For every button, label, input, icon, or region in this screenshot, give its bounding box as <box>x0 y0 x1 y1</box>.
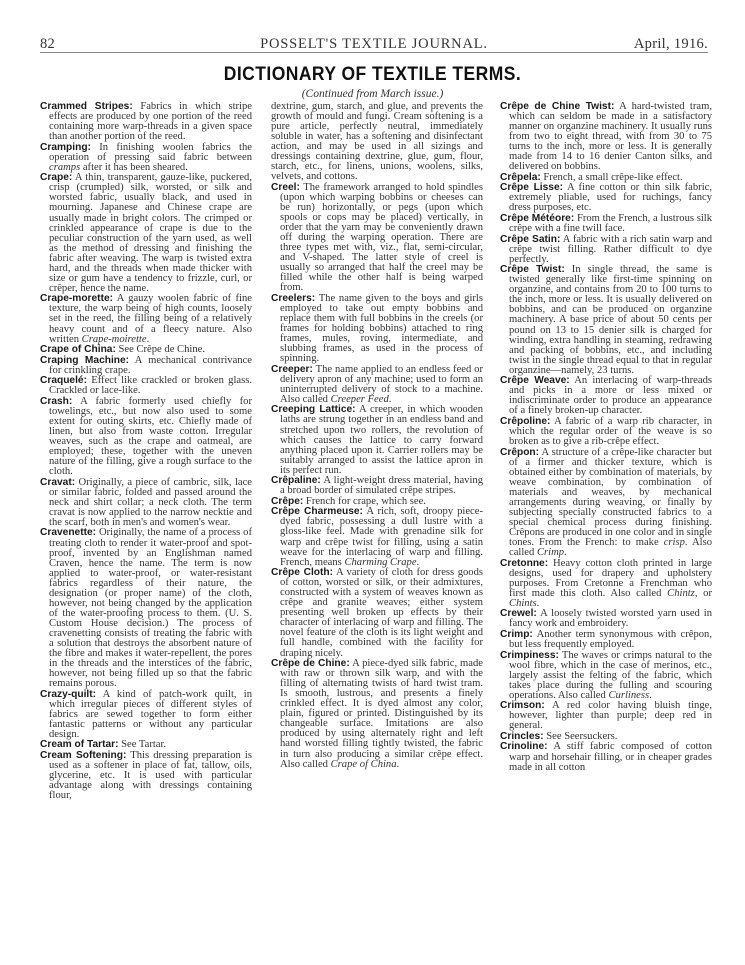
entry-term: Crincles: <box>500 731 544 742</box>
dictionary-entry: Cravenette: Originally, the name of a pr… <box>40 528 252 689</box>
entry-definition: A structure of a crêpe-like character bu… <box>509 447 712 548</box>
entry-definition: dextrine, gum, starch, and glue, and pre… <box>271 101 483 182</box>
dictionary-entry: Creel: The framework arranged to hold sp… <box>271 183 483 294</box>
entry-definition: Another term synonymous with crêpon, but… <box>509 629 712 650</box>
entry-definition: A loosely twisted worsted yarn used in f… <box>509 608 712 629</box>
dictionary-entry: Crape of China: See Crêpe de Chine. <box>40 345 252 355</box>
entry-italic-term: Crape of China <box>331 759 397 770</box>
dictionary-entry: Cramping: In finishing woolen fabrics th… <box>40 143 252 173</box>
journal-name: POSSELT'S TEXTILE JOURNAL. <box>40 36 708 53</box>
entry-italic-term: Creeper Feed <box>331 394 389 405</box>
dictionary-entry: Craping Machine: A mechanical contrivanc… <box>40 356 252 376</box>
dictionary-entry: Crêpe Twist: In single thread, the same … <box>500 265 712 376</box>
entry-italic-term: Charming Crape <box>344 557 416 568</box>
dictionary-entry: Cream Softening: This dressing preparati… <box>40 751 252 801</box>
dictionary-entry: Crêpe Lisse: A fine cotton or thin silk … <box>500 183 712 213</box>
dictionary-entry: Crêpe Weave: An interlacing of warp-thre… <box>500 376 712 416</box>
entry-definition: French for crape, which see. <box>303 496 426 507</box>
entry-definition: after it has been sheared. <box>80 162 188 173</box>
dictionary-entry: Cretonne: Heavy cotton cloth printed in … <box>500 559 712 609</box>
entry-definition: A piece-dyed silk fabric, made with raw … <box>280 658 483 769</box>
issue-date: April, 1916. <box>634 36 708 53</box>
dictionary-entry: Crêpe Satin: A fabric with a rich satin … <box>500 235 712 265</box>
article-subtitle: (Continued from March issue.) <box>0 88 745 100</box>
entry-italic-term: Chintz <box>667 588 695 599</box>
entry-italic-term: Crimp <box>537 547 564 558</box>
column-2: dextrine, gum, starch, and glue, and pre… <box>271 102 483 770</box>
entry-definition: Originally, a piece of cambric, silk, la… <box>49 477 252 528</box>
dictionary-entry: Crêpoline: A fabric of a warp rib charac… <box>500 417 712 447</box>
entry-definition: , or <box>695 588 712 599</box>
dictionary-entry: Crêpon: A structure of a crêpe-like char… <box>500 448 712 559</box>
entry-term: Crape of China: <box>40 344 116 355</box>
dictionary-entry: Craquelé: Effect like crackled or broken… <box>40 376 252 396</box>
entry-italic-term: Crape-moirette <box>82 334 147 345</box>
entry-definition: The framework arranged to hold spindles … <box>280 182 483 293</box>
dictionary-entry: Crimp: Another term synonymous with crêp… <box>500 630 712 650</box>
dictionary-entry: Crêpe de Chine Twist: A hard-twisted tra… <box>500 102 712 172</box>
entry-definition: . <box>389 394 392 405</box>
entry-definition: . <box>397 759 400 770</box>
entry-definition: . <box>564 547 567 558</box>
dictionary-entry: Crash: A fabric formerly used chiefly fo… <box>40 397 252 477</box>
entry-definition: French, a small crêpe-like effect. <box>541 172 683 183</box>
dictionary-entry: Crêpe Charmeuse: A rich, soft, droopy pi… <box>271 507 483 567</box>
dictionary-entry: Crape-morette: A gauzy woolen fabric of … <box>40 294 252 344</box>
entry-term: Cream of Tartar: <box>40 739 119 750</box>
dictionary-entry: Crimpiness: The waves or crimps natural … <box>500 651 712 701</box>
entry-italic-term: Chints <box>509 598 537 609</box>
entry-definition: See Seersuckers. <box>544 731 618 742</box>
dictionary-entry: Crammed Stripes: Fabrics in which stripe… <box>40 102 252 142</box>
dictionary-entry: Crêpe Cloth: A variety of cloth for dres… <box>271 568 483 658</box>
dictionary-entry: Crazy-quilt: A kind of patch-work quilt,… <box>40 690 252 740</box>
dictionary-entry: Creelers: The name given to the boys and… <box>271 294 483 364</box>
dictionary-entry: Crincles: See Seersuckers. <box>500 732 712 742</box>
dictionary-entry: Creeping Lattice: A creeper, in which wo… <box>271 405 483 475</box>
dictionary-entry: Crêpe Météore: From the French, a lustro… <box>500 214 712 234</box>
dictionary-entry: Crêpe: French for crape, which see. <box>271 497 483 507</box>
dictionary-entry: Crêpe de Chine: A piece-dyed silk fabric… <box>271 659 483 770</box>
dictionary-entry: Crewel: A loosely twisted worsted yarn u… <box>500 609 712 629</box>
entry-definition: A variety of cloth for dress goods of co… <box>280 567 483 658</box>
dictionary-entry: Crêpaline: A light-weight dress material… <box>271 476 483 496</box>
entry-definition: . <box>537 598 540 609</box>
dictionary-entry: dextrine, gum, starch, and glue, and pre… <box>271 102 483 182</box>
article-title: DICTIONARY OF TEXTILE TERMS. <box>30 64 715 86</box>
dictionary-entry: Crape: A thin, transparent, gauze-like, … <box>40 173 252 294</box>
entry-term: Crêpela: <box>500 172 541 183</box>
entry-definition: A creeper, in which wooden laths are str… <box>280 404 483 475</box>
entry-definition: . <box>649 690 652 701</box>
entry-definition: See Tartar. <box>119 739 167 750</box>
entry-definition: See Crêpe de Chine. <box>116 344 205 355</box>
dictionary-entry: Creeper: The name applied to an endless … <box>271 365 483 405</box>
entry-italic-term: Curliness <box>608 690 649 701</box>
dictionary-entry: Cravat: Originally, a piece of cambric, … <box>40 478 252 528</box>
dictionary-entry: Crimson: A red color having bluish tinge… <box>500 701 712 731</box>
column-1: Crammed Stripes: Fabrics in which stripe… <box>40 102 252 802</box>
entry-definition: . <box>147 334 150 345</box>
dictionary-entry: Crinoline: A stiff fabric composed of co… <box>500 742 712 772</box>
entry-italic-term: crisp <box>664 537 685 548</box>
entry-term: Crêpe: <box>271 496 303 507</box>
entry-definition: A fabric formerly used chiefly for towel… <box>49 396 252 477</box>
entry-italic-term: cramps <box>49 162 80 173</box>
entry-definition: The name given to the boys and girls emp… <box>280 293 483 364</box>
entry-definition: . <box>417 557 420 568</box>
dictionary-entry: Cream of Tartar: See Tartar. <box>40 740 252 750</box>
entry-definition: A hard-twisted tram, which can seldom be… <box>509 101 712 172</box>
entry-definition: In single thread, the same is twisted ge… <box>509 264 712 375</box>
entry-definition: A thin, transparent, gauze-like, puckere… <box>49 172 252 294</box>
running-header: 82 POSSELT'S TEXTILE JOURNAL. April, 191… <box>40 30 708 53</box>
column-3: Crêpe de Chine Twist: A hard-twisted tra… <box>500 102 712 773</box>
entry-definition: Originally, the name of a process of tre… <box>49 527 252 689</box>
dictionary-entry: Crêpela: French, a small crêpe-like effe… <box>500 173 712 183</box>
